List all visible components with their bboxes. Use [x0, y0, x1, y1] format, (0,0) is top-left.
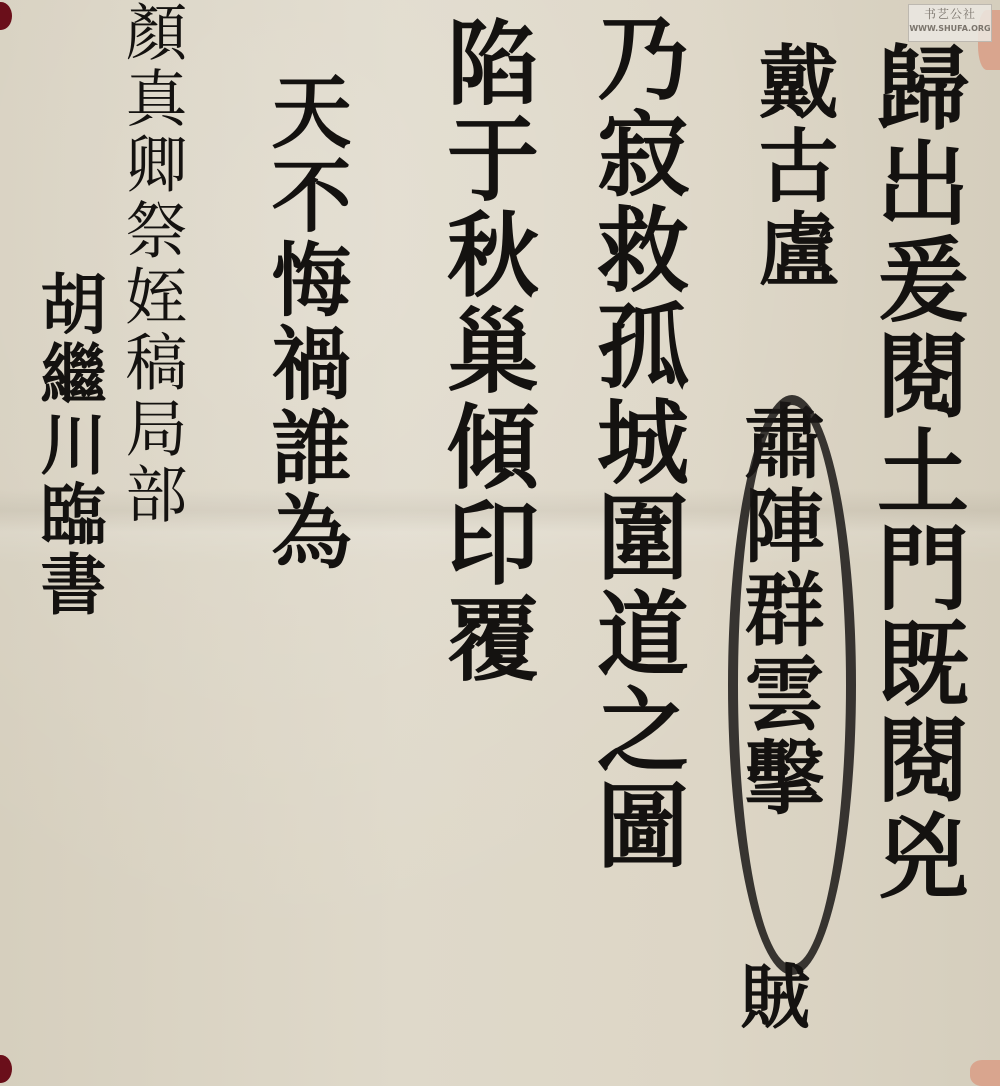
column-2: 戴古盧: [752, 40, 832, 292]
column-5: 陷于秋巢傾印覆: [440, 15, 532, 687]
finger-bottom-right: [970, 1060, 1000, 1086]
column-1: 歸出爰閱土門既閱兇: [870, 40, 962, 904]
circle-mark: [728, 395, 856, 975]
column-6: 天不悔禍誰為: [265, 70, 345, 574]
column-7-inscription: 顏真卿祭姪稿局部: [120, 0, 182, 528]
column-4: 乃寂救孤城圍道之圖: [590, 10, 682, 874]
column-8-signature: 胡繼川臨書: [35, 270, 101, 620]
watermark: 书艺公社 WWW.SHUFA.ORG: [908, 4, 992, 42]
watermark-url: WWW.SHUFA.ORG: [909, 23, 991, 35]
side-note: 賊: [735, 960, 805, 1034]
watermark-chinese: 书艺公社: [909, 5, 991, 23]
